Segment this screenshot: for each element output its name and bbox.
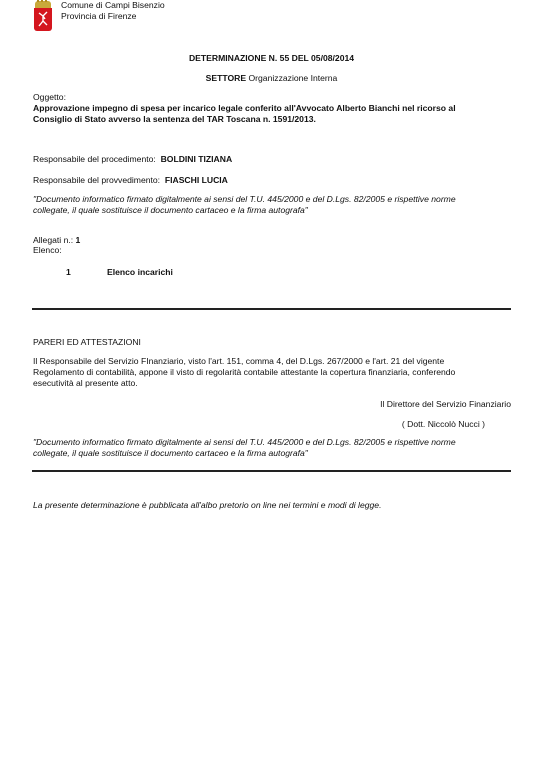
- firma-line-1: "Documento informatico firmato digitalme…: [33, 194, 513, 205]
- elenco-label: Elenco:: [33, 245, 62, 255]
- pareri-text: Il Responsabile del Servizio FInanziario…: [33, 356, 513, 389]
- firma2-line-1: "Documento informatico firmato digitalme…: [33, 437, 513, 448]
- section-divider: [32, 308, 511, 310]
- oggetto-line-1: Approvazione impegno di spesa per incari…: [33, 103, 513, 114]
- shield-icon: [34, 8, 52, 31]
- allegati-count: Allegati n.: 1: [33, 235, 80, 245]
- province-name: Provincia di Firenze: [61, 11, 136, 21]
- pareri-heading: PARERI ED ATTESTAZIONI: [33, 337, 141, 347]
- responsabile-provvedimento: Responsabile del provvedimento: FIASCHI …: [33, 175, 228, 185]
- firma-digitale-note-2: "Documento informatico firmato digitalme…: [33, 437, 513, 459]
- oggetto-label: Oggetto:: [33, 92, 513, 103]
- crown-icon: [35, 1, 51, 8]
- pareri-line-3: esecutività al presente atto.: [33, 378, 513, 389]
- procedimento-label: Responsabile del procedimento:: [33, 154, 156, 164]
- pubblicazione-note: La presente determinazione è pubblicata …: [33, 500, 381, 510]
- signer-role: Il Direttore del Servizio Finanziario: [380, 399, 511, 409]
- allegati-value: 1: [76, 235, 81, 245]
- municipal-crest-icon: [34, 1, 52, 32]
- section-divider-2: [32, 470, 511, 472]
- settore-label: SETTORE: [206, 73, 246, 83]
- procedimento-value: BOLDINI TIZIANA: [161, 154, 233, 164]
- signer-name: ( Dott. Niccolò Nucci ): [402, 419, 485, 429]
- settore-line: SETTORE Organizzazione Interna: [0, 73, 543, 83]
- oggetto-line-2: Consiglio di Stato avverso la sentenza d…: [33, 114, 513, 125]
- pareri-line-2: Regolamento di contabilità, appone il vi…: [33, 367, 513, 378]
- document-title: DETERMINAZIONE N. 55 DEL 05/08/2014: [0, 53, 543, 63]
- provvedimento-value: FIASCHI LUCIA: [165, 175, 228, 185]
- municipality-name: Comune di Campi Bisenzio: [61, 0, 165, 10]
- oggetto-section: Oggetto: Approvazione impegno di spesa p…: [33, 92, 513, 125]
- responsabile-procedimento: Responsabile del procedimento: BOLDINI T…: [33, 154, 232, 164]
- provvedimento-label: Responsabile del provvedimento:: [33, 175, 160, 185]
- settore-value: Organizzazione Interna: [248, 73, 337, 83]
- firma-line-2: collegate, il quale sostituisce il docum…: [33, 205, 513, 216]
- allegati-label: Allegati n.:: [33, 235, 73, 245]
- firma2-line-2: collegate, il quale sostituisce il docum…: [33, 448, 513, 459]
- allegato-name: Elenco incarichi: [107, 267, 173, 277]
- allegato-number: 1: [66, 267, 71, 277]
- firma-digitale-note: "Documento informatico firmato digitalme…: [33, 194, 513, 216]
- pareri-line-1: Il Responsabile del Servizio FInanziario…: [33, 356, 513, 367]
